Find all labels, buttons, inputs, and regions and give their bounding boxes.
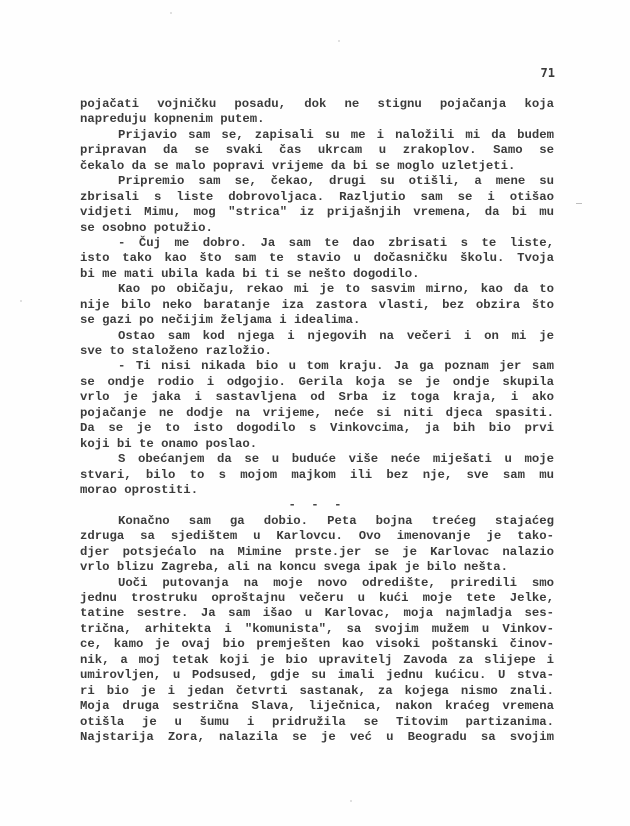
section-separator: - - - bbox=[80, 498, 554, 513]
text-line: Ostao sam kod njega i njegovih na večeri… bbox=[80, 329, 554, 344]
scan-speck bbox=[338, 40, 340, 42]
text-line: umirovljen, u Podsused, gdje su imali je… bbox=[80, 668, 554, 683]
scanned-page: 71 pojačati vojničku posadu, dok ne stig… bbox=[0, 0, 630, 826]
text-line: napreduju kopnenim putem. bbox=[80, 112, 554, 127]
margin-mark bbox=[576, 203, 582, 204]
text-line: otišla je u šumu i pridružila se Titovim… bbox=[80, 715, 554, 730]
text-line: vrlo blizu Zagreba, ali na koncu svega i… bbox=[80, 560, 554, 575]
scan-speck bbox=[20, 300, 22, 302]
text-line: S obećanjem da se u buduće više neće mij… bbox=[80, 452, 554, 467]
text-line: jednu trostruku oproštajnu večeru u kući… bbox=[80, 591, 554, 606]
scan-speck bbox=[350, 800, 352, 802]
text-line: ce, kamo je ovaj bio premješten kao viso… bbox=[80, 637, 554, 652]
text-line: koji bi te onamo poslao. bbox=[80, 437, 554, 452]
page-number: 71 bbox=[535, 66, 555, 80]
text-line: Kao po običaju, rekao mi je to sasvim mi… bbox=[80, 282, 554, 297]
text-line: ri bio je i jedan četvrti sastanak, za k… bbox=[80, 684, 554, 699]
text-line: Da se je to isto dogodilo s Vinkovcima, … bbox=[80, 421, 554, 436]
text-line: tatine sestre. Ja sam išao u Karlovac, m… bbox=[80, 606, 554, 621]
text-line: nik, a moj tetak koji je bio upravitelj … bbox=[80, 653, 554, 668]
scan-speck bbox=[170, 12, 172, 14]
text-line: čekalo da se malo popravi vrijeme da bi … bbox=[80, 159, 554, 174]
text-line: Uoči putovanja na moje novo odredište, p… bbox=[80, 576, 554, 591]
text-line: se ondje rodio i odgojio. Gerila koja se… bbox=[80, 375, 554, 390]
text-line: se osobno potužio. bbox=[80, 221, 554, 236]
text-line: stvari, bilo to s mojom majkom ili bez n… bbox=[80, 468, 554, 483]
text-line: zdruga sa sjedištem u Karlovcu. Ovo imen… bbox=[80, 529, 554, 544]
text-line: Moja druga sestrična Slava, liječnica, n… bbox=[80, 699, 554, 714]
text-line: se gazi po nečijim željama i idealima. bbox=[80, 313, 554, 328]
text-line: Pripremio sam se, čekao, drugi su otišli… bbox=[80, 174, 554, 189]
text-line: - Ti nisi nikada bio u tom kraju. Ja ga … bbox=[80, 359, 554, 374]
text-line: nije bilo neko baratanje iza zastora vla… bbox=[80, 298, 554, 313]
text-line: Prijavio sam se, zapisali su me i naloži… bbox=[80, 128, 554, 143]
text-line: Konačno sam ga dobio. Peta bojna trećeg … bbox=[80, 514, 554, 529]
text-line: pripravan da se svaki čas ukrcam u zrako… bbox=[80, 143, 554, 158]
text-line: djer potsjećalo na Mimine prste.jer se j… bbox=[80, 545, 554, 560]
text-line: vidjeti Mimu, mog "strica" iz prijašnjih… bbox=[80, 205, 554, 220]
text-line: zbrisali s liste dobrovoljaca. Razljutio… bbox=[80, 190, 554, 205]
text-line: vrlo je jaka i sastavljena od Srba iz to… bbox=[80, 390, 554, 405]
text-line: isto tako kao što sam te stavio u dočasn… bbox=[80, 251, 554, 266]
text-line: Najstarija Zora, nalazila se je već u Be… bbox=[80, 730, 554, 745]
text-line: pojačanje ne dodje na vrijeme, neće si n… bbox=[80, 406, 554, 421]
text-line: bi me mati ubila kada bi ti se nešto dog… bbox=[80, 267, 554, 282]
body-text: pojačati vojničku posadu, dok ne stignu … bbox=[80, 97, 554, 745]
text-line: pojačati vojničku posadu, dok ne stignu … bbox=[80, 97, 554, 112]
text-line: - Čuj me dobro. Ja sam te dao zbrisati s… bbox=[80, 236, 554, 251]
text-line: morao oprostiti. bbox=[80, 483, 554, 498]
text-line: sve to staloženo razložio. bbox=[80, 344, 554, 359]
text-line: trična, arhitekta i "komunista", sa svoj… bbox=[80, 622, 554, 637]
